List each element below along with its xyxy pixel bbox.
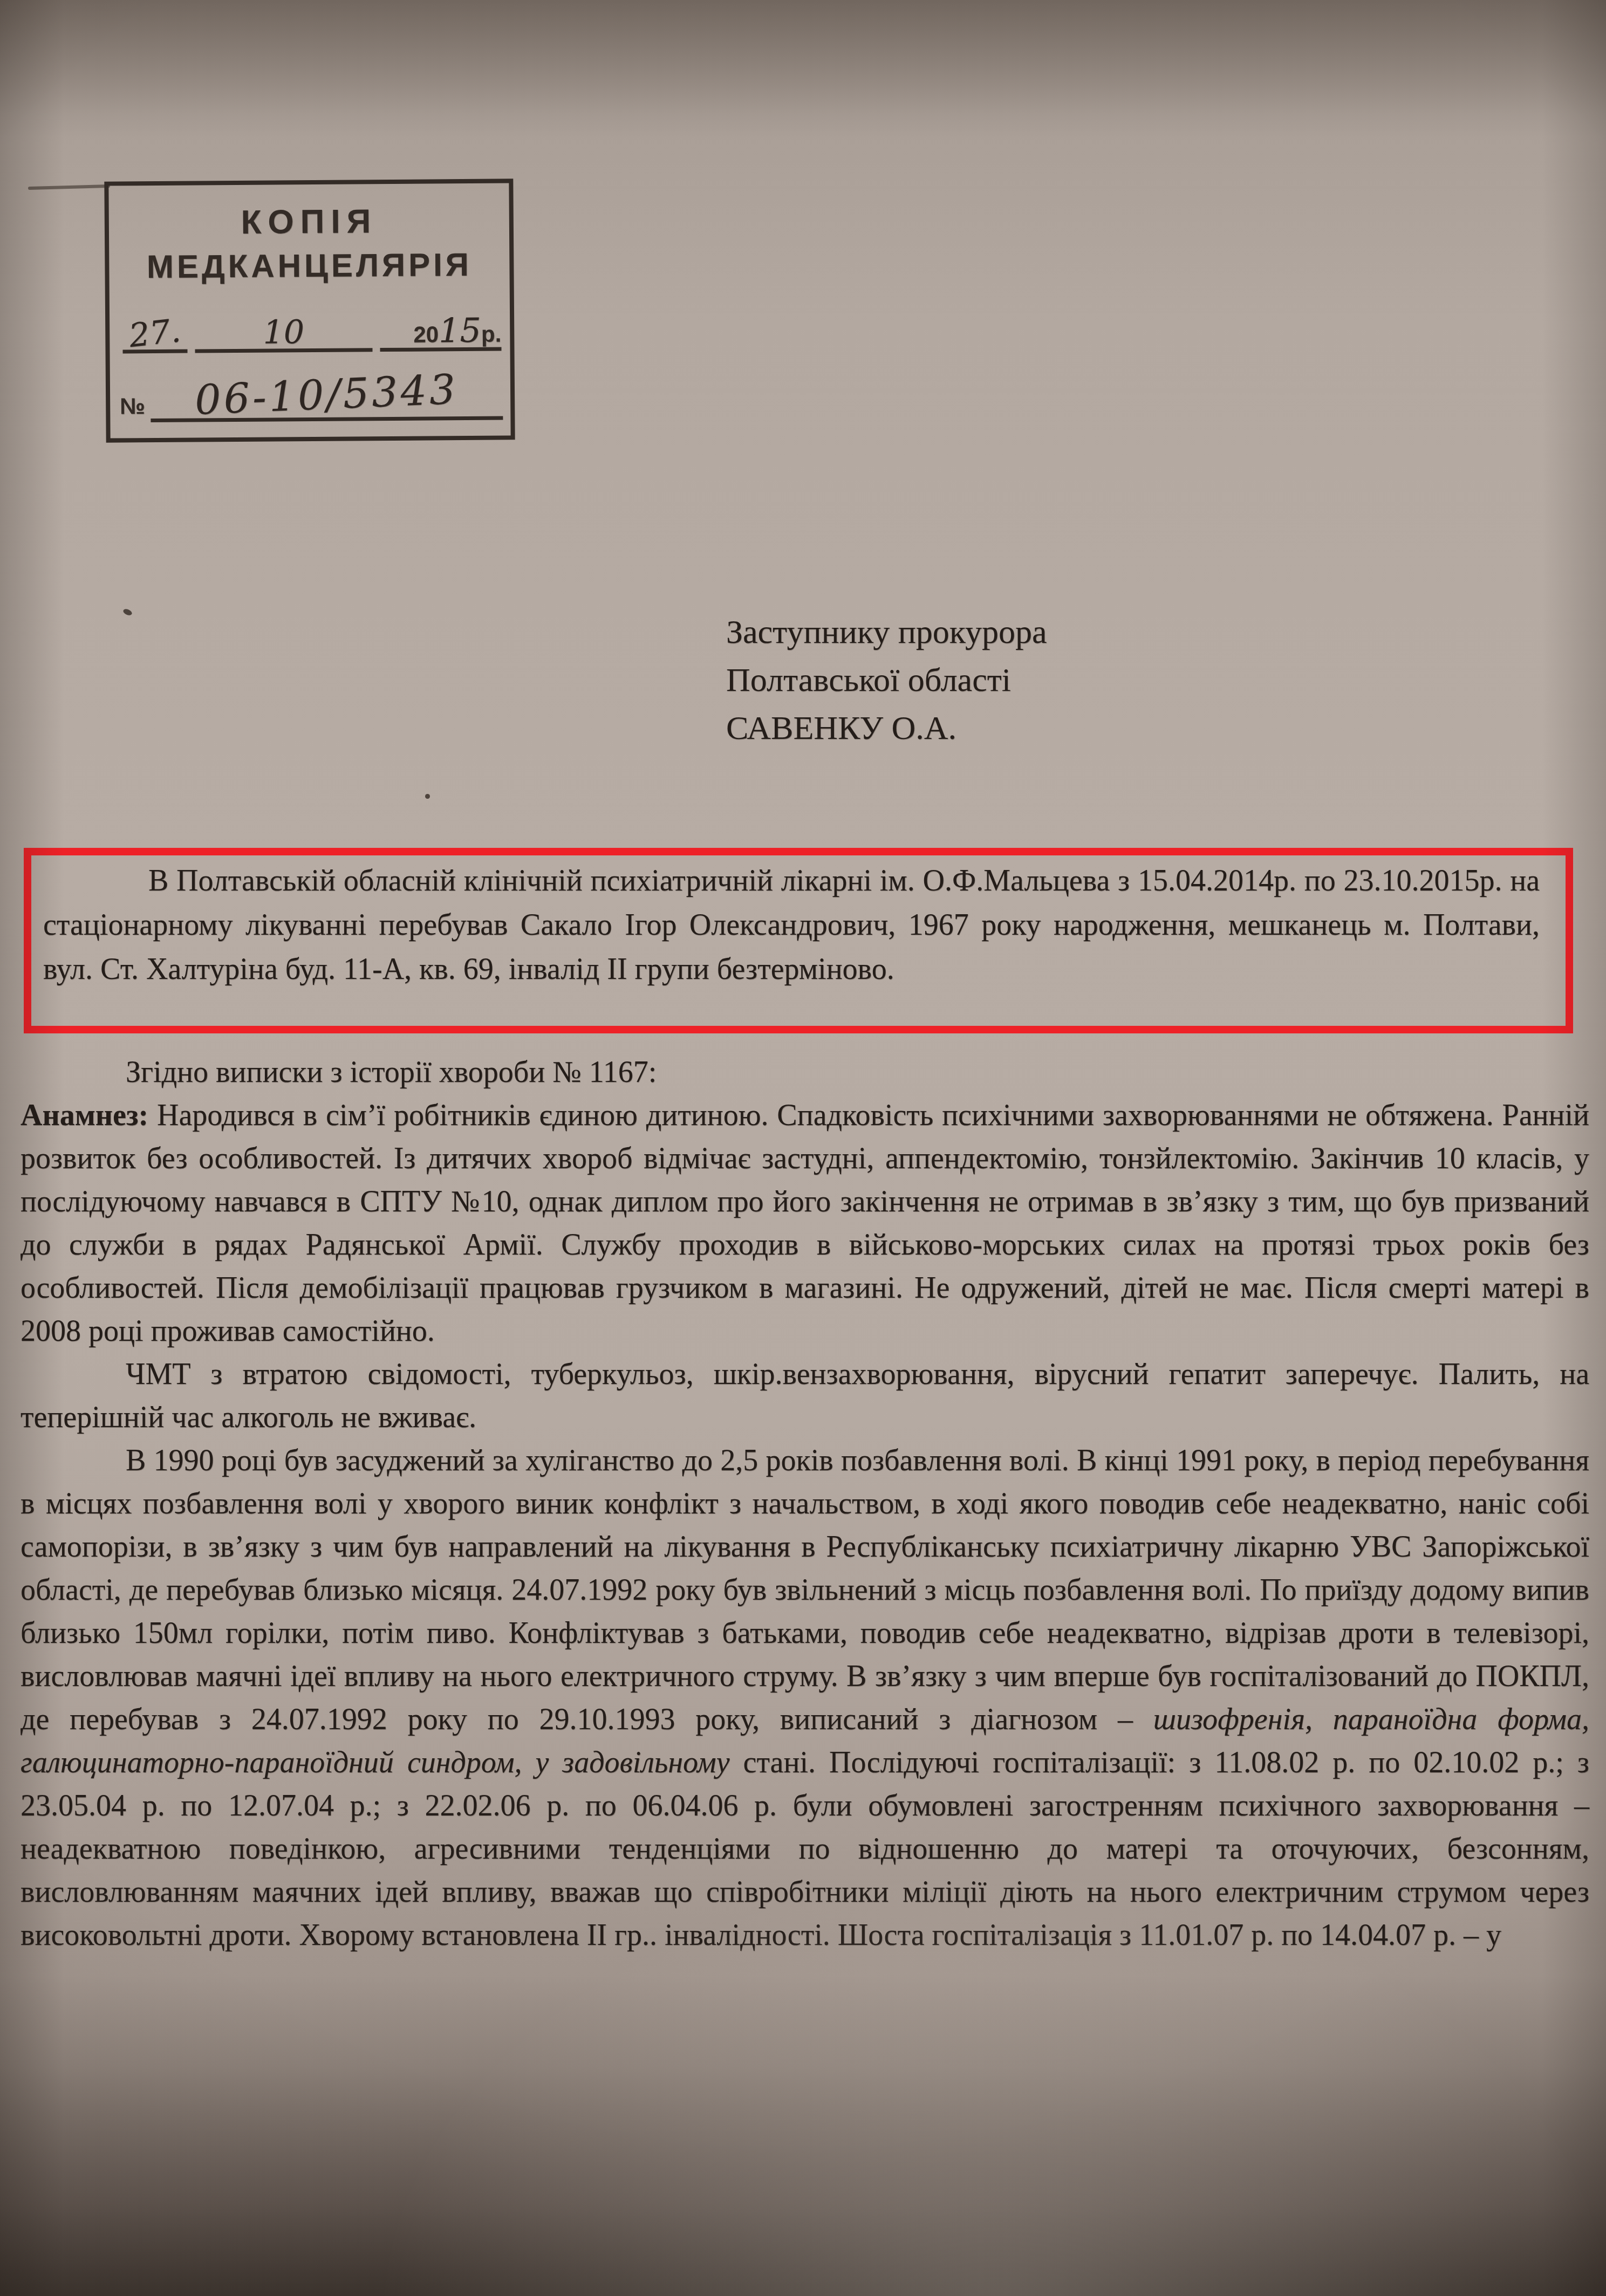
scanned-document-page: КОПІЯ МЕДКАНЦЕЛЯРІЯ 27. 10 2015р. № 06-1… [0, 0, 1606, 2296]
stamp-date-row: 27. 10 2015р. [122, 314, 501, 354]
scan-artifact-speck [122, 608, 133, 616]
stamp-date-day-handwritten: 27. [128, 314, 183, 352]
stamp-date-month-handwritten: 10 [263, 313, 304, 352]
scan-artifact-speck [425, 794, 430, 799]
anamnesis-label: Анамнез: [20, 1099, 148, 1132]
scan-artifact-line [28, 184, 110, 190]
addressee-block: Заступнику прокурора Полтавської області… [726, 608, 1047, 752]
stamp-number-label: № [120, 393, 145, 422]
addressee-line-region: Полтавської області [726, 656, 1047, 704]
medical-denials-paragraph: ЧМТ з втратою свідомості, туберкульоз, ш… [20, 1353, 1589, 1439]
stamp-year-prefix: 20 [413, 321, 439, 347]
addressee-line-title: Заступнику прокурора [726, 608, 1047, 656]
history-text-part1: В 1990 році був засуджений за хуліганств… [20, 1444, 1589, 1736]
stamp-year-handwritten: 15 [439, 311, 481, 351]
stamp-office-label: МЕДКАНЦЕЛЯРІЯ [109, 245, 509, 285]
hospitalization-summary-paragraph: В Полтавській обласній клінічній психіат… [31, 855, 1566, 991]
stamp-number-row: № 06-10/5343 [120, 373, 503, 423]
stamp-number-field: 06-10/5343 [151, 373, 503, 423]
case-history-intro-line: Згідно виписки з історії хвороби № 1167: [20, 1051, 1589, 1094]
anamnesis-text: Народився в сім’ї робітників єдиною дити… [20, 1099, 1589, 1348]
stamp-date-day-field: 27. [122, 317, 187, 354]
stamp-year-suffix: р. [481, 321, 502, 347]
stamp-copy-label: КОПІЯ [109, 201, 509, 242]
stamp-date-year-field: 2015р. [380, 314, 501, 352]
psychiatric-history-paragraph: В 1990 році був засуджений за хуліганств… [20, 1439, 1589, 1957]
document-body: Згідно виписки з історії хвороби № 1167:… [20, 1051, 1589, 1957]
medical-office-copy-stamp: КОПІЯ МЕДКАНЦЕЛЯРІЯ 27. 10 2015р. № 06-1… [104, 179, 515, 442]
stamp-date-month-field: 10 [195, 316, 372, 353]
highlighted-paragraph-box: В Полтавській обласній клінічній психіат… [24, 848, 1573, 1033]
anamnesis-paragraph: Анамнез: Народився в сім’ї робітників єд… [20, 1094, 1589, 1353]
addressee-line-name: САВЕНКУ О.А. [726, 704, 1047, 752]
stamp-number-handwritten: 06-10/5343 [194, 369, 459, 423]
